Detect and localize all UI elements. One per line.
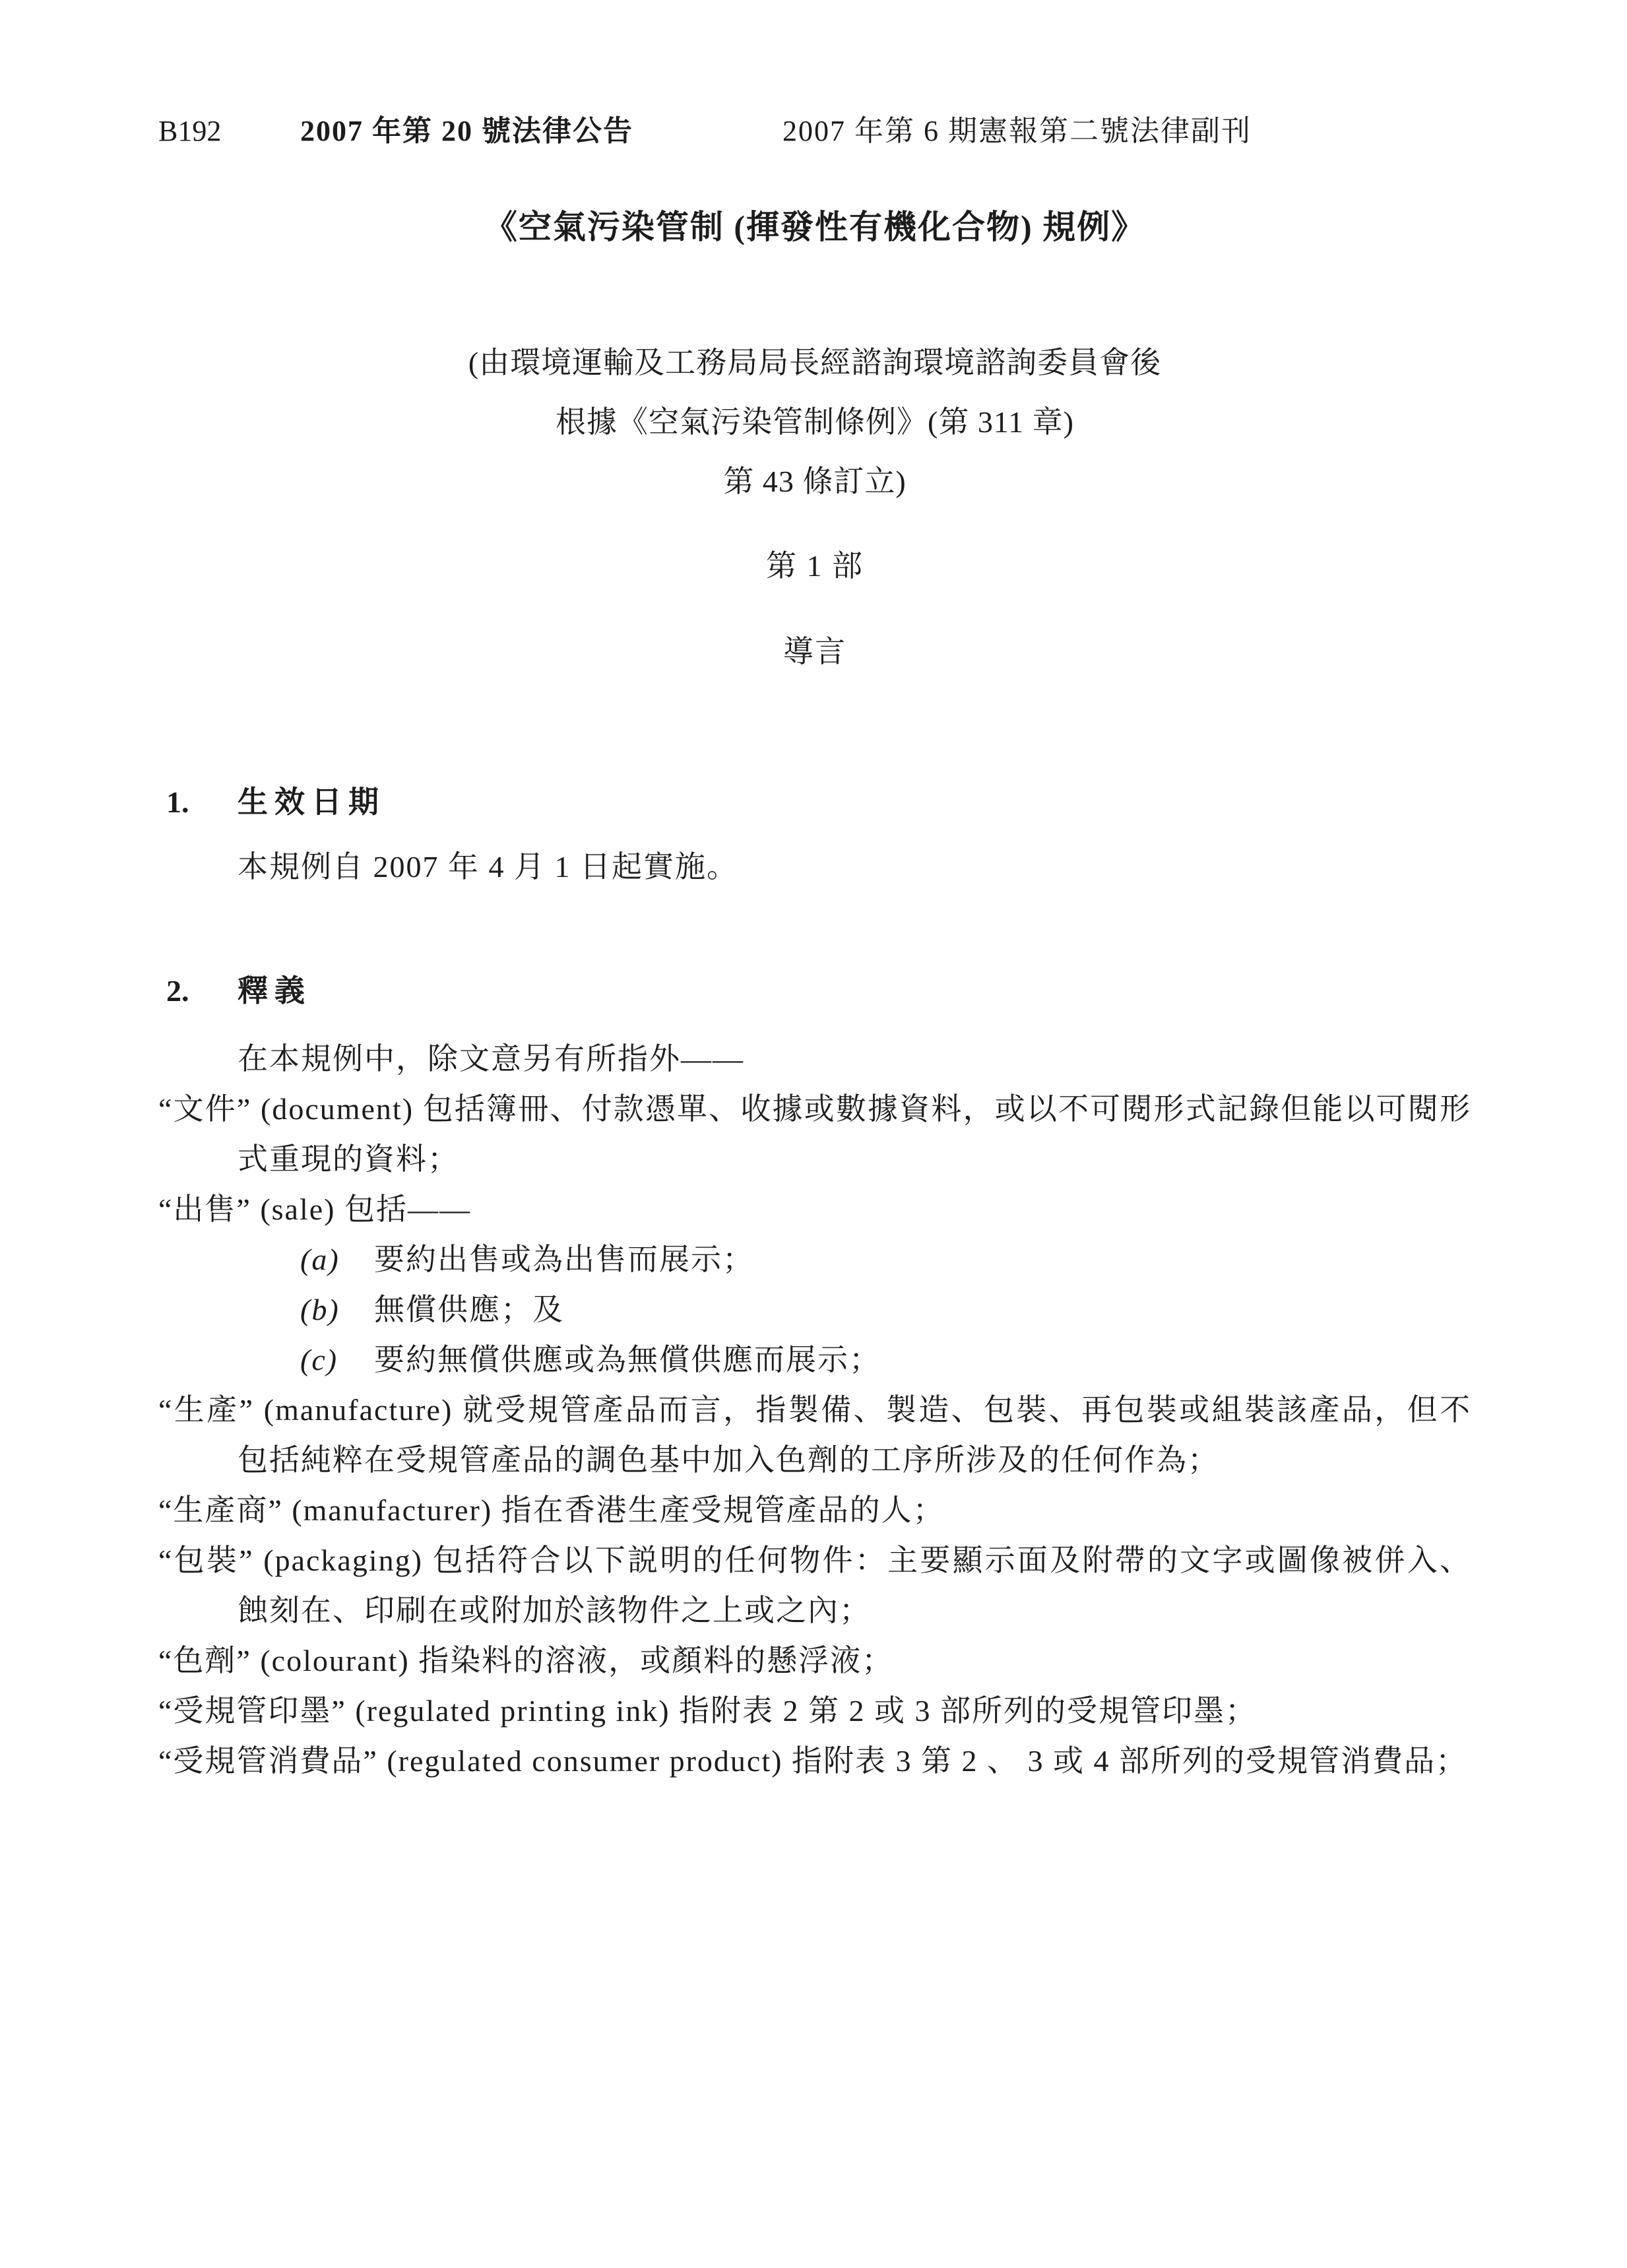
definition-packaging: “包裝” (packaging) 包括符合以下説明的任何物件：主要顯示面及附帶的… — [158, 1536, 1471, 1636]
enactment-line-2: 根據《空氣污染管制條例》(第 311 章) — [158, 393, 1471, 452]
section-2-intro: 在本規例中，除文意另有所指外—— — [158, 1034, 1471, 1084]
gazette-page: B192 2007 年第 20 號法律公告 2007 年第 6 期憲報第二號法律… — [0, 0, 1627, 2268]
enactment-line-1: (由環境運輸及工務局局長經諮詢環境諮詢委員會後 — [158, 333, 1471, 393]
enactment-clause: (由環境運輸及工務局局長經諮詢環境諮詢委員會後 根據《空氣污染管制條例》(第 3… — [158, 333, 1471, 511]
definition-regulated-printing-ink: “受規管印墨” (regulated printing ink) 指附表 2 第… — [158, 1686, 1471, 1736]
definition-sale: “出售” (sale) 包括—— — [158, 1184, 1471, 1235]
gazette-issue-title: 2007 年第 6 期憲報第二號法律副刊 — [782, 112, 1252, 150]
item-c-text: 要約無償供應或為無償供應而展示； — [374, 1343, 881, 1377]
page-content: B192 2007 年第 20 號法律公告 2007 年第 6 期憲報第二號法律… — [158, 112, 1471, 1786]
section-1-number: 1. — [158, 783, 238, 822]
enactment-line-3: 第 43 條訂立) — [158, 452, 1471, 511]
section-2-number: 2. — [158, 971, 238, 1011]
page-number: B192 — [158, 112, 221, 150]
section-1-heading: 1.生效日期 — [158, 783, 1471, 822]
part-heading: 第 1 部 — [158, 548, 1471, 585]
item-b-label: (b) — [300, 1285, 374, 1335]
part-subheading: 導言 — [158, 633, 1471, 670]
definitions-list: “文件” (document) 包括簿冊、付款憑單、收據或數據資料，或以不可閱形… — [158, 1084, 1471, 1786]
definition-sale-item-a: (a)要約出售或為出售而展示； — [300, 1235, 1471, 1285]
section-1-title: 生效日期 — [238, 785, 385, 819]
section-2-heading: 2.釋義 — [158, 971, 1471, 1011]
definition-sale-item-c: (c)要約無償供應或為無償供應而展示； — [300, 1335, 1471, 1385]
definition-sale-item-b: (b)無償供應；及 — [300, 1285, 1471, 1335]
definition-colourant: “色劑” (colourant) 指染料的溶液，或顏料的懸浮液； — [158, 1636, 1471, 1686]
regulation-title: 《空氣污染管制 (揮發性有機化合物) 規例》 — [158, 207, 1471, 247]
item-c-label: (c) — [300, 1335, 374, 1385]
item-b-text: 無償供應；及 — [374, 1293, 564, 1326]
definition-manufacture: “生產” (manufacture) 就受規管產品而言，指製備、製造、包裝、再包… — [158, 1385, 1471, 1485]
section-2-title: 釋義 — [238, 974, 311, 1008]
item-a-label: (a) — [300, 1235, 374, 1285]
running-header: B192 2007 年第 20 號法律公告 2007 年第 6 期憲報第二號法律… — [158, 112, 1471, 150]
item-a-text: 要約出售或為出售而展示； — [374, 1243, 754, 1276]
definition-document: “文件” (document) 包括簿冊、付款憑單、收據或數據資料，或以不可閱形… — [158, 1084, 1471, 1184]
definition-manufacturer: “生產商” (manufacturer) 指在香港生產受規管產品的人； — [158, 1485, 1471, 1536]
legal-notice-title: 2007 年第 20 號法律公告 — [300, 112, 633, 150]
definition-regulated-consumer-product: “受規管消費品” (regulated consumer product) 指附… — [158, 1736, 1471, 1786]
section-1-body: 本規例自 2007 年 4 月 1 日起實施。 — [238, 849, 1471, 886]
